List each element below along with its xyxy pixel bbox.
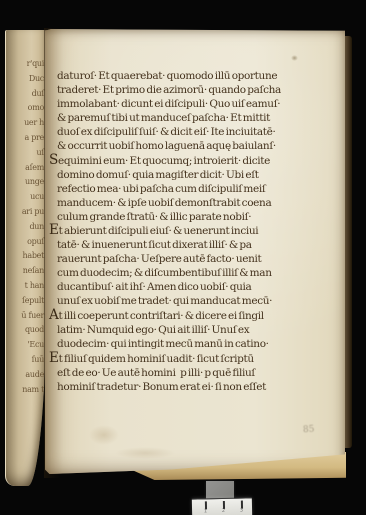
manuscript-line: Sequimini eum· Et quocumq; introierit· d… [49, 154, 337, 169]
manuscript-line: duodecim· qui intingit mecū manū in cati… [49, 338, 337, 352]
manuscript-text-block: daturoſ· Et quaerebat· quomodo illū opor… [49, 70, 337, 395]
parchment-stain [115, 447, 175, 459]
facing-page-text-fragment: t han [25, 281, 44, 291]
manuscript-line: ducantibuſ· ait ihſ· Amen dico uobiſ· qu… [49, 281, 337, 295]
facing-page-text-fragment: a pre [25, 133, 45, 143]
manuscript-line: & paremuſ tibi ut manduceſ paſcha· Et mi… [49, 112, 337, 126]
manuscript-line: & occurrit uobiſ homo laguenā aquę baiul… [49, 140, 337, 154]
facing-page-text-fragment: aſem [25, 163, 44, 173]
manuscript-line: Et filiuſ quidem hominiſ uadit· ſicut ſc… [49, 352, 337, 367]
manuscript-line: At illi coeperunt contriſtari· & dicere … [49, 309, 337, 324]
manuscript-line: immolabant· dicunt ei diſcipuli· Quo uiſ… [49, 98, 337, 112]
scale-ruler: 123 [192, 497, 252, 515]
manuscript-line: culum grande ſtratū· & illic parate nobi… [49, 211, 337, 225]
facing-page-text-fragment: neſan [23, 266, 44, 276]
photo-backdrop: r'quiDucduſomouer ha preuſaſemungeucuari… [0, 0, 366, 515]
page-fore-edge [344, 36, 352, 448]
manuscript-line: eſt de eo· Ue autē homini p illi· p quē … [49, 367, 337, 381]
manuscript-line: domino domuſ· quia magiſter dicit· Ubi e… [49, 169, 337, 183]
facing-page-text-fragment: Duc [29, 74, 44, 84]
facing-page-text-fragment: duſ [32, 89, 44, 99]
facing-page-text-fragment: uer h [24, 118, 44, 128]
manuscript-line: refectio mea· ubi paſcha cum diſcipuliſ … [49, 183, 337, 197]
color-calibration-target: 123 [190, 481, 256, 515]
manuscript-line: rauerunt paſcha· Ueſpere autē facto· uen… [49, 253, 337, 267]
facing-page-text-fragment: opuſ [27, 237, 44, 247]
ruler-tick-label: 2 [222, 508, 225, 514]
facing-page-text-fragment: r'qui [27, 59, 44, 69]
gray-patch [206, 481, 234, 499]
facing-page-edge: r'quiDucduſomouer ha preuſaſemungeucuari… [5, 30, 47, 486]
parchment-stain [291, 55, 298, 61]
facing-page-text-fragment: ſuū [32, 355, 44, 365]
manuscript-line: tatē· & inuenerunt ſicut dixerat illiſ· … [49, 239, 337, 253]
facing-page-text-fragment: uſ [36, 148, 44, 158]
facing-page-text-fragment: dun [29, 222, 44, 232]
ruler-tick-label: 3 [240, 508, 243, 514]
facing-page-text-fragment: ari pu [22, 207, 44, 217]
manuscript-line: hominiſ tradetur· Bonum erat ei· ſi non … [49, 381, 337, 395]
facing-page-text-fragment: aude [25, 370, 44, 380]
facing-page-text-fragment: unge [25, 177, 44, 187]
facing-page-text-fragment: ū fuer [21, 311, 44, 321]
manuscript-line: latim· Numquid ego· Qui ait illiſ· Unuſ … [49, 324, 337, 338]
manuscript-line: cum duodecim; & diſcumbentibuſ illiſ & m… [49, 267, 337, 281]
ruler-tick-label: 1 [204, 508, 207, 514]
facing-page-text-fragment: ucu [30, 192, 44, 202]
facing-page-text-fragment: nam t [22, 385, 44, 395]
manuscript-page: daturoſ· Et quaerebat· quomodo illū opor… [45, 29, 345, 474]
folio-number: 85 [303, 425, 315, 436]
facing-page-text-fragment: quod [25, 325, 44, 335]
facing-page-text-fragment: habet [23, 251, 45, 261]
manuscript-line: unuſ ex uobiſ me tradet· qui manducat me… [49, 295, 337, 309]
manuscript-line: manducem· & ipſe uobiſ demonſtrabit coen… [49, 197, 337, 211]
facing-page-text-fragment: 'Ecu [28, 340, 44, 350]
manuscript-line: traderet· Et primo die azimorū· quando p… [49, 84, 337, 98]
facing-page-text-fragment: omo [28, 103, 44, 113]
manuscript-line: Et abierunt diſcipuli eiuſ· & uenerunt i… [49, 224, 337, 239]
manuscript-line: daturoſ· Et quaerebat· quomodo illū opor… [49, 70, 337, 84]
manuscript-line: duoſ ex diſcipuliſ ſuiſ· & dicit eiſ· It… [49, 126, 337, 140]
parchment-stain [89, 425, 119, 445]
facing-page-text-fragment: ſepult [22, 296, 44, 306]
